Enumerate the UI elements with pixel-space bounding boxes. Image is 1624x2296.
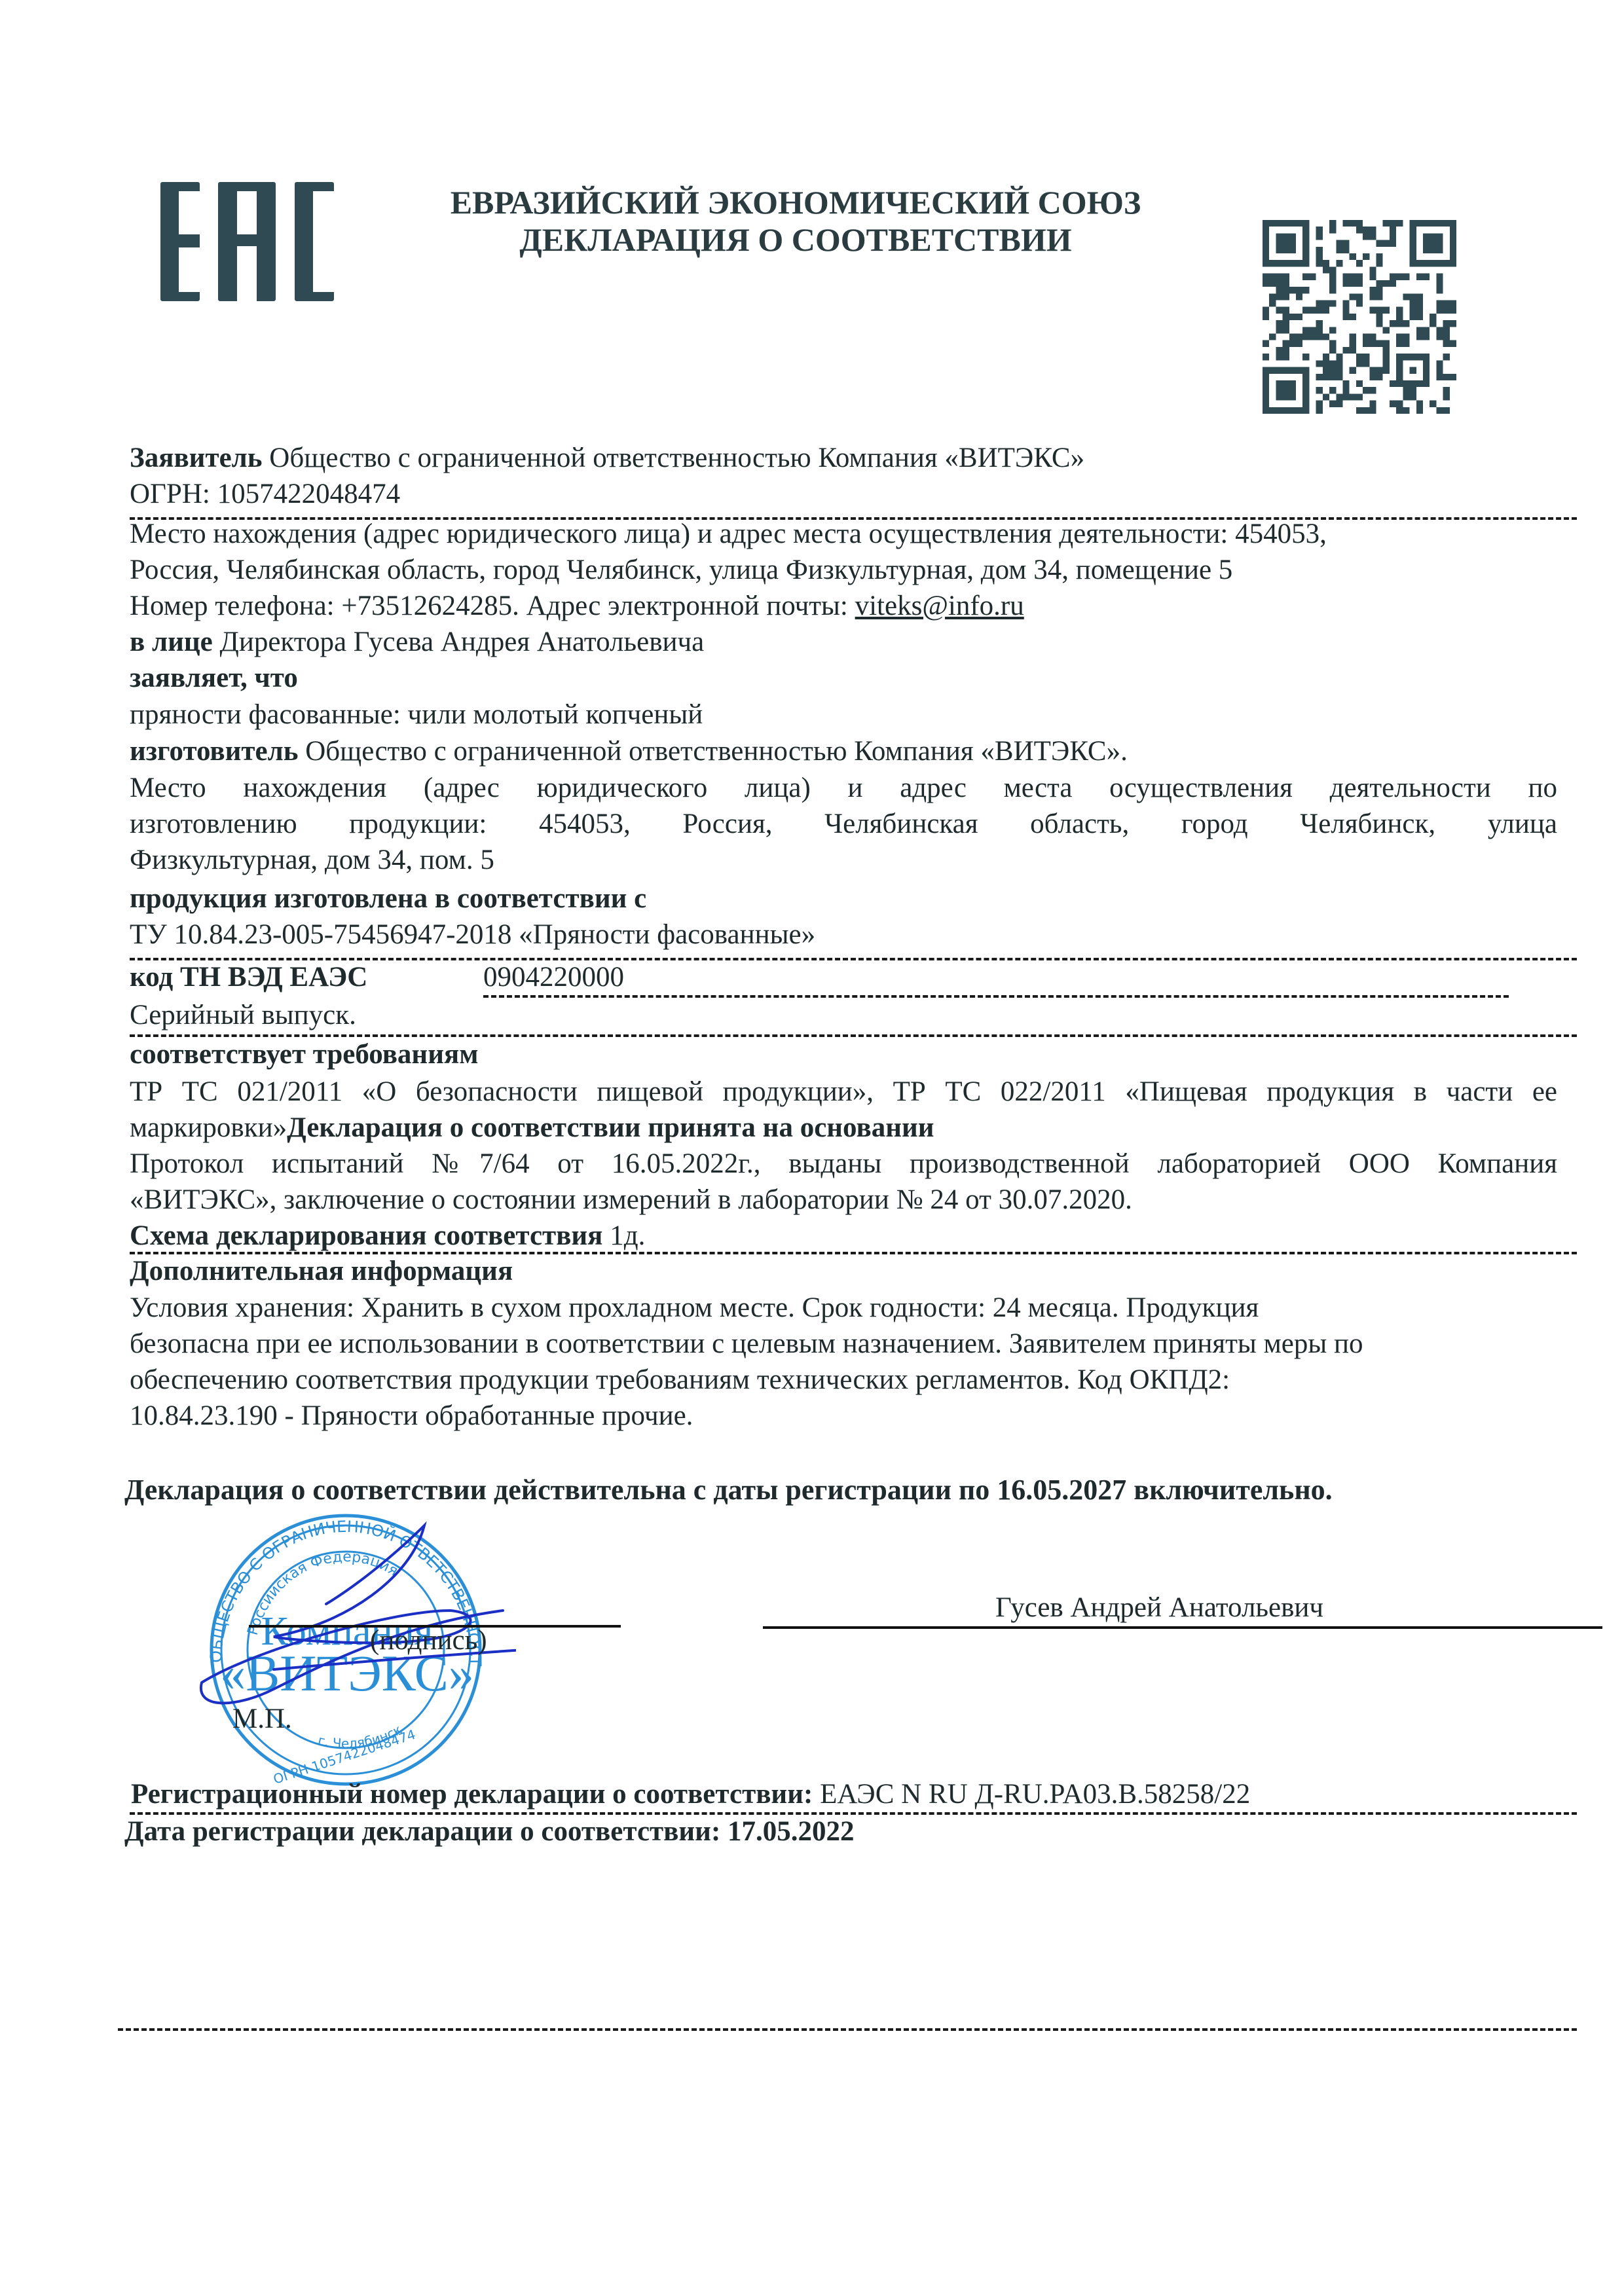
represented-label: в лице (130, 627, 213, 657)
applicant-line: Заявитель Общество с ограниченной ответс… (130, 440, 1084, 476)
scheme-value: 1д. (610, 1220, 645, 1251)
manufacturer-address-line2: изготовлению продукции: 454053, Россия, … (130, 806, 1557, 842)
signer-name: Гусев Андрей Анатольевич (995, 1590, 1323, 1626)
registration-date-label: Дата регистрации декларации о соответств… (124, 1816, 720, 1847)
applicant-address-line1: Место нахождения (адрес юридического лиц… (130, 516, 1327, 552)
declares-label: заявляет, что (130, 660, 298, 696)
manufacturer-address-line1: Место нахождения (адрес юридического лиц… (130, 770, 1557, 806)
protocol-line2: «ВИТЭКС», заключение о состоянии измерен… (130, 1182, 1132, 1218)
signature-caption: (подпись) (370, 1622, 487, 1658)
email-link[interactable]: viteks@info.ru (855, 591, 1024, 621)
additional-label: Дополнительная информация (130, 1253, 513, 1289)
applicant-name: Общество с ограниченной ответственностью… (269, 443, 1084, 473)
manufacturer-label: изготовитель (130, 736, 299, 767)
applicant-label: Заявитель (130, 443, 263, 473)
eac-logo (160, 182, 335, 301)
manufacturer-address-line3: Физкультурная, дом 34, пом. 5 (130, 842, 494, 878)
registration-number-value: ЕАЭС N RU Д-RU.PA03.B.58258/22 (820, 1779, 1250, 1810)
product-name: пряности фасованные: чили молотый копчен… (130, 697, 703, 733)
registration-number-label: Регистрационный номер декларации о соотв… (131, 1779, 813, 1810)
basis-label: Декларация о соответствии принята на осн… (287, 1112, 934, 1143)
signer-name-line (763, 1626, 1602, 1629)
registration-date-line: Дата регистрации декларации о соответств… (124, 1813, 855, 1850)
seal-label: М.П. (232, 1701, 292, 1737)
qr-code-icon[interactable] (1263, 215, 1456, 419)
additional-line2: безопасна при ее использовании в соответ… (130, 1326, 1363, 1362)
union-title: ЕВРАЗИЙСКИЙ ЭКОНОМИЧЕСКИЙ СОЮЗ (393, 183, 1198, 221)
manufacturer-line: изготовитель Общество с ограниченной отв… (130, 733, 1128, 769)
bottom-divider (118, 2028, 1577, 2031)
scheme-label: Схема декларирования соответствия (130, 1220, 602, 1251)
requirements-text: маркировки» (130, 1112, 287, 1143)
standard-label: продукция изготовлена в соответствии с (130, 881, 646, 917)
represented-line: в лице Директора Гусева Андрея Анатольев… (130, 624, 704, 660)
document-title: ДЕКЛАРАЦИЯ О СООТВЕТСТВИИ (393, 221, 1198, 259)
contacts-text: Номер телефона: +73512624285. Адрес элек… (130, 591, 855, 621)
scheme-line: Схема декларирования соответствия 1д. (130, 1218, 645, 1254)
registration-number-line: Регистрационный номер декларации о соотв… (131, 1776, 1250, 1812)
registration-date-value: 17.05.2022 (728, 1816, 855, 1847)
applicant-contacts: Номер телефона: +73512624285. Адрес элек… (130, 588, 1024, 624)
release-type: Серийный выпуск. (130, 997, 356, 1033)
tn-ved-label: код ТН ВЭД ЕАЭС (130, 959, 367, 995)
requirements-label: соответствует требованиям (130, 1036, 479, 1072)
requirements-line2: маркировки»Декларация о соответствии при… (130, 1110, 934, 1146)
manufacturer-name: Общество с ограниченной ответственностью… (305, 736, 1128, 767)
tn-ved-value: 0904220000 (483, 959, 624, 995)
additional-line4: 10.84.23.190 - Пряности обработанные про… (130, 1398, 693, 1434)
requirements-line1: ТР ТС 021/2011 «О безопасности пищевой п… (130, 1074, 1557, 1110)
standard-value: ТУ 10.84.23-005-75456947-2018 «Пряности … (130, 917, 815, 953)
additional-line1: Условия хранения: Хранить в сухом прохла… (130, 1290, 1259, 1326)
applicant-address-line2: Россия, Челябинская область, город Челяб… (130, 552, 1232, 588)
additional-line3: обеспечению соответствия продукции требо… (130, 1362, 1230, 1398)
protocol-line1: Протокол испытаний №7/64 от 16.05.2022г.… (130, 1146, 1557, 1182)
divider (483, 995, 1509, 998)
applicant-ogrn: ОГРН: 1057422048474 (130, 476, 400, 512)
represented-by: Директора Гусева Андрея Анатольевича (219, 627, 704, 657)
